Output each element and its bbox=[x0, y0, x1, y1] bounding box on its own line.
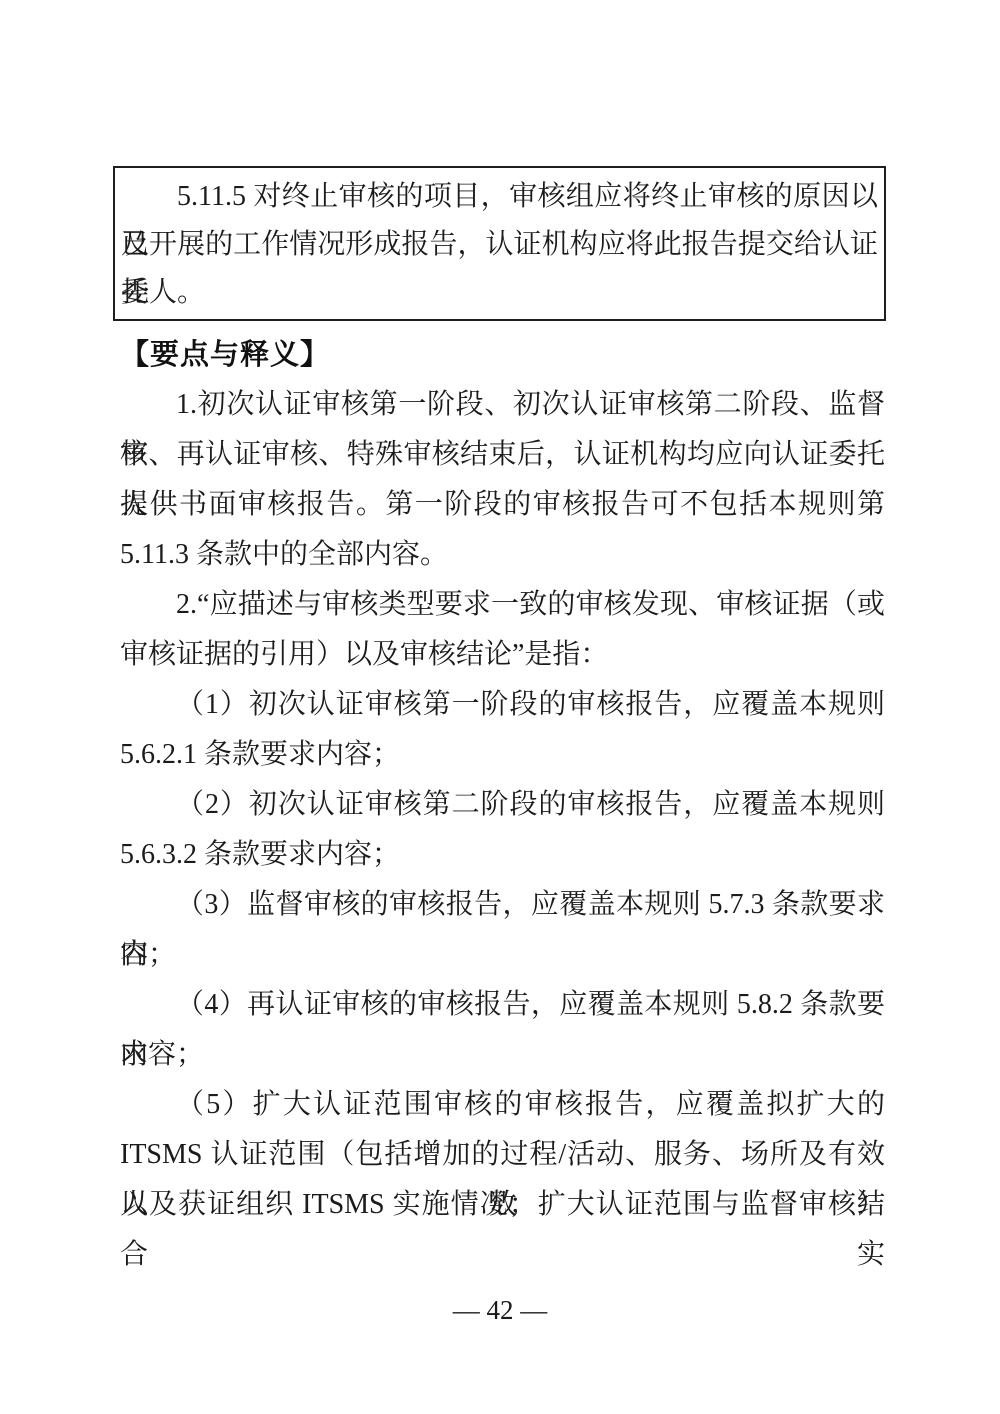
body-line: 2.“应描述与审核类型要求一致的审核发现、审核证据（或 bbox=[120, 580, 885, 630]
document-page: 5.11.5 对终止审核的项目，审核组应将终止审核的原因以及 已开展的工作情况形… bbox=[0, 0, 1000, 1414]
body-line: （1）初次认证审核第一阶段的审核报告，应覆盖本规则 bbox=[120, 680, 885, 730]
clause-5-11-5-box: 5.11.5 对终止审核的项目，审核组应将终止审核的原因以及 已开展的工作情况形… bbox=[113, 166, 886, 321]
body-line: 容； bbox=[120, 930, 885, 980]
body-line: （5）扩大认证范围审核的审核报告，应覆盖拟扩大的 bbox=[120, 1080, 885, 1130]
body-line: 5.6.2.1 条款要求内容； bbox=[120, 730, 885, 780]
clause-box-line: 已开展的工作情况形成报告，认证机构应将此报告提交给认证委 bbox=[121, 221, 878, 269]
body-text: 【要点与释义】 1.初次认证审核第一阶段、初次认证审核第二阶段、监督审 核、再认… bbox=[120, 330, 885, 1230]
body-line: 5.6.3.2 条款要求内容； bbox=[120, 830, 885, 880]
body-line: 核、再认证审核、特殊审核结束后，认证机构均应向认证委托人 bbox=[120, 430, 885, 480]
body-line: （3）监督审核的审核报告，应覆盖本规则 5.7.3 条款要求内 bbox=[120, 880, 885, 930]
body-line: 5.11.3 条款中的全部内容。 bbox=[120, 530, 885, 580]
body-line: 以及获证组织 ITSMS 实施情况；扩大认证范围与监督审核结合实 bbox=[120, 1180, 885, 1230]
body-line: 提供书面审核报告。第一阶段的审核报告可不包括本规则第 bbox=[120, 480, 885, 530]
body-line: 内容； bbox=[120, 1030, 885, 1080]
clause-box-line: 托人。 bbox=[121, 269, 878, 317]
body-line: ITSMS 认证范围（包括增加的过程/活动、服务、场所及有效人数） bbox=[120, 1130, 885, 1180]
body-line: （2）初次认证审核第二阶段的审核报告，应覆盖本规则 bbox=[120, 780, 885, 830]
body-line: （4）再认证审核的审核报告，应覆盖本规则 5.8.2 条款要求 bbox=[120, 980, 885, 1030]
body-line: 审核证据的引用）以及审核结论”是指： bbox=[120, 630, 885, 680]
clause-box-line: 5.11.5 对终止审核的项目，审核组应将终止审核的原因以及 bbox=[121, 173, 878, 221]
body-line: 1.初次认证审核第一阶段、初次认证审核第二阶段、监督审 bbox=[120, 380, 885, 430]
section-heading: 【要点与释义】 bbox=[120, 330, 885, 380]
page-number: — 42 — bbox=[0, 1290, 1000, 1330]
